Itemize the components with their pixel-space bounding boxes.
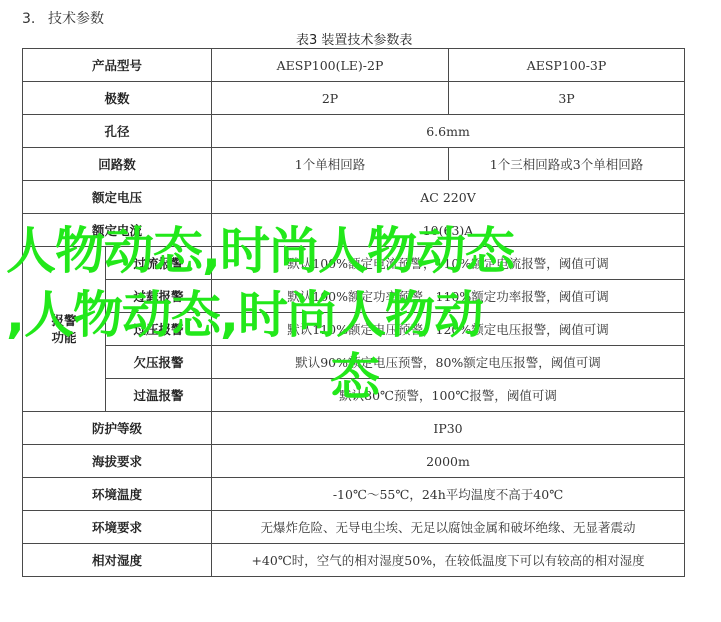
cell-value: 无爆炸危险、无导电尘埃、无足以腐蚀金属和破坏绝缘、无显著震动	[212, 511, 685, 544]
cell-value: 默认100%额定功率预警，110%额定功率报警，阈值可调	[212, 280, 685, 313]
section-title: 技术参数	[48, 11, 104, 27]
row-label: 防护等级	[23, 412, 212, 445]
table-row: 防护等级 IP30	[23, 412, 685, 445]
section-number: 3.	[22, 11, 48, 27]
cell-value: 默认90%额定电压预警，80%额定电压报警，阈值可调	[212, 346, 685, 379]
row-label: 过流报警	[106, 247, 212, 280]
row-label: 额定电压	[23, 181, 212, 214]
row-label: 孔径	[23, 115, 212, 148]
row-label: 产品型号	[23, 49, 212, 82]
row-label: 相对湿度	[23, 544, 212, 577]
spec-table: 产品型号 AESP100(LE)-2P AESP100-3P 极数 2P 3P …	[22, 48, 685, 577]
table-row: 报警功能 过流报警 默认100%额定电流预警，110%额定电流报警，阈值可调	[23, 247, 685, 280]
table-caption: 表3 装置技术参数表	[296, 29, 412, 48]
row-label: 过载报警	[106, 280, 212, 313]
cell-value: 10(63)A	[212, 214, 685, 247]
table-row: 欠压报警 默认90%额定电压预警，80%额定电压报警，阈值可调	[23, 346, 685, 379]
table-row: 孔径 6.6mm	[23, 115, 685, 148]
table-row: 回路数 1个单相回路 1个三相回路或3个单相回路	[23, 148, 685, 181]
cell-value: -10℃～55℃，24h平均温度不高于40℃	[212, 478, 685, 511]
table-row: 过温报警 默认80℃预警，100℃报警，阈值可调	[23, 379, 685, 412]
cell-value: 1个单相回路	[212, 148, 449, 181]
row-label: 回路数	[23, 148, 212, 181]
row-label: 极数	[23, 82, 212, 115]
table-row: 海拔要求 2000m	[23, 445, 685, 478]
section-heading: 3.技术参数	[22, 8, 104, 28]
row-label: 额定电流	[23, 214, 212, 247]
cell-value: 6.6mm	[212, 115, 685, 148]
cell-value: AESP100(LE)-2P	[212, 49, 449, 82]
alarm-group-text: 报警功能	[49, 312, 79, 346]
table-row: 过压报警 默认110%额定电压预警，120%额定电压报警，阈值可调	[23, 313, 685, 346]
table-row: 极数 2P 3P	[23, 82, 685, 115]
table-row: 过载报警 默认100%额定功率预警，110%额定功率报警，阈值可调	[23, 280, 685, 313]
row-label: 环境温度	[23, 478, 212, 511]
cell-value: +40℃时，空气的相对湿度50%，在较低温度下可以有较高的相对湿度	[212, 544, 685, 577]
table-row: 相对湿度 +40℃时，空气的相对湿度50%，在较低温度下可以有较高的相对湿度	[23, 544, 685, 577]
cell-value: AESP100-3P	[449, 49, 685, 82]
cell-value: 默认80℃预警，100℃报警，阈值可调	[212, 379, 685, 412]
cell-value: IP30	[212, 412, 685, 445]
table-row: 产品型号 AESP100(LE)-2P AESP100-3P	[23, 49, 685, 82]
cell-value: 默认110%额定电压预警，120%额定电压报警，阈值可调	[212, 313, 685, 346]
row-label: 环境要求	[23, 511, 212, 544]
cell-value: 2000m	[212, 445, 685, 478]
cell-value: 1个三相回路或3个单相回路	[449, 148, 685, 181]
table-row: 额定电流 10(63)A	[23, 214, 685, 247]
row-label: 欠压报警	[106, 346, 212, 379]
row-label: 海拔要求	[23, 445, 212, 478]
table-row: 环境温度 -10℃～55℃，24h平均温度不高于40℃	[23, 478, 685, 511]
table-row: 环境要求 无爆炸危险、无导电尘埃、无足以腐蚀金属和破坏绝缘、无显著震动	[23, 511, 685, 544]
table-row: 额定电压 AC 220V	[23, 181, 685, 214]
row-label: 过压报警	[106, 313, 212, 346]
row-label: 过温报警	[106, 379, 212, 412]
cell-value: 3P	[449, 82, 685, 115]
cell-value: AC 220V	[212, 181, 685, 214]
cell-value: 默认100%额定电流预警，110%额定电流报警，阈值可调	[212, 247, 685, 280]
alarm-group-label: 报警功能	[23, 247, 106, 412]
cell-value: 2P	[212, 82, 449, 115]
